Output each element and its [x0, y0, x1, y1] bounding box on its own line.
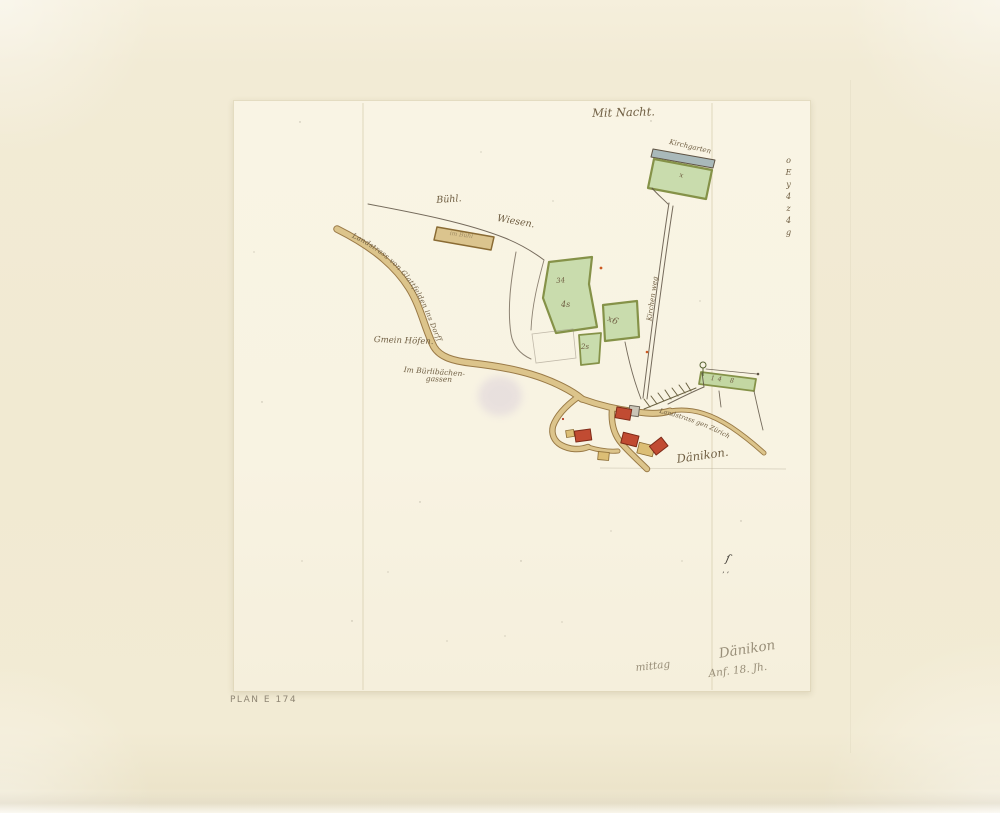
g1-top-mark: 34 [556, 277, 565, 285]
building-tan [598, 452, 610, 461]
right-margin-column: oEy4z4g [784, 156, 792, 240]
map-drawing: Landstrass von Glattfelden ins Dorff Lan… [0, 0, 1000, 813]
plan-number: PLAN E 174 [230, 696, 297, 705]
scanned-plan-page: Landstrass von Glattfelden ins Dorff Lan… [0, 0, 1000, 813]
building-red [615, 407, 632, 420]
hedge-feather [644, 383, 696, 409]
building-red [574, 429, 591, 442]
paper-bottom-edge [0, 791, 1000, 813]
stray-ink-ticks: ʼ ʼ [722, 572, 729, 579]
north-orientation-label: Mit Nacht. [592, 106, 655, 119]
g1-bottom-mark: 4s [561, 301, 570, 309]
smudge-stain [478, 376, 522, 416]
faint-base-line [600, 468, 786, 469]
parcel-g1 [543, 257, 597, 333]
gassen-label-line2: gassen [426, 375, 452, 383]
buehl-label: Bühl. [436, 194, 462, 205]
gmein-hofen-label: Gmein Höfen. [374, 336, 434, 347]
building-tan [566, 429, 575, 437]
g3-mark: 2s [581, 344, 589, 351]
green-parcels [543, 149, 756, 391]
line-end-dot [757, 373, 760, 376]
